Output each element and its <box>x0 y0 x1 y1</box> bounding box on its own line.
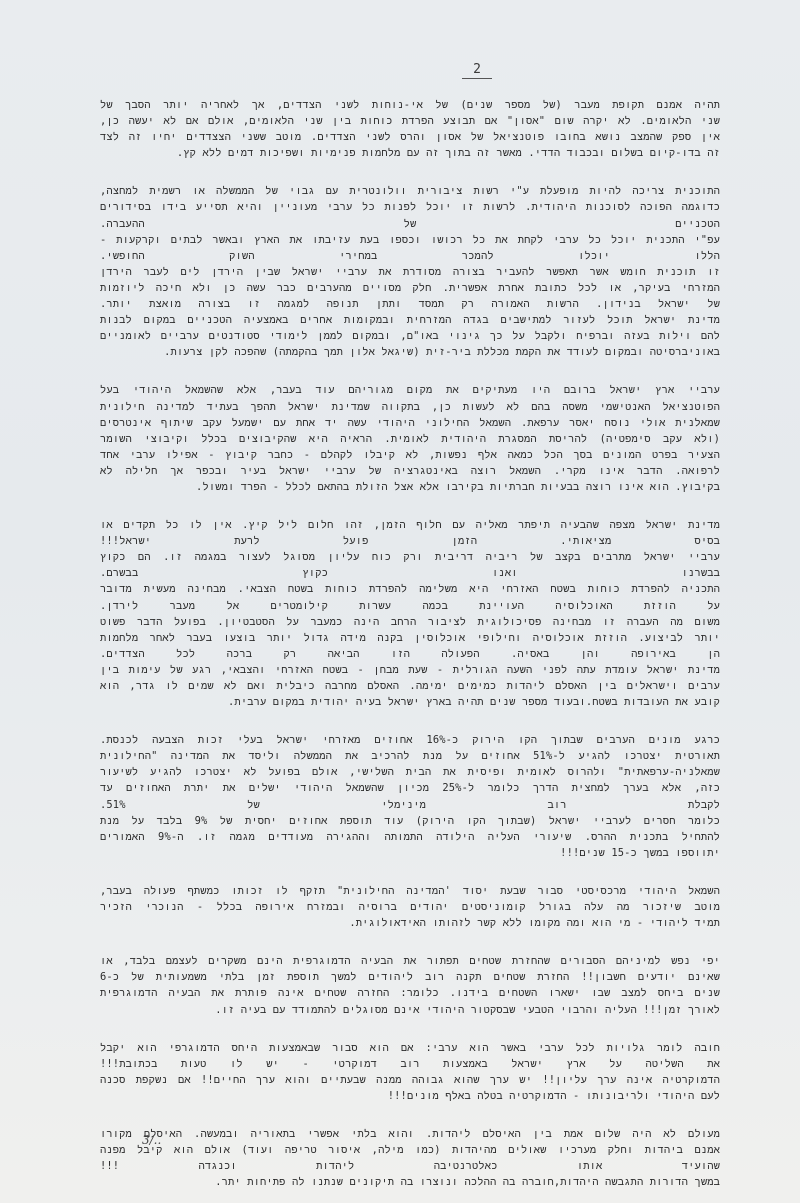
paragraph-marxist-left: השמאל היהודי מרכסיסטי סבור שבעת יסוד 'המ… <box>100 883 720 931</box>
document-body: תהיה אמנם תקופת מעבר (של מספר שנים) של א… <box>100 97 720 1190</box>
text-line: להם וילות בעזה וברפיח ולקבל על כך גינוי … <box>100 328 720 344</box>
text-line: שמאלניה-ערפאתית" ולהרוס לאומית ופיסית את… <box>100 764 720 780</box>
paragraph-territories: יפי נפש למיניהם הסבורים שהחזרת שטחים תפת… <box>100 953 720 1017</box>
text-line: יותר לביצוע. הוזזת אוכלוסיה וחילופי אוכל… <box>100 630 720 646</box>
text-line: הטכניים של ההעברה. <box>100 216 720 232</box>
text-line: מעולם לא היה שלום אמת בין האיסלם ליהדות.… <box>100 1126 720 1142</box>
paragraph-transition-period: תהיה אמנם תקופת מעבר (של מספר שנים) של א… <box>100 97 720 161</box>
page-number: 2 <box>462 62 492 79</box>
text-line: הפוטנציאל האנטישמי משסה בהם לא לעשות כן,… <box>100 399 720 415</box>
text-line: מדינת ישראל עומדת עתה לפני השעה הגורלית … <box>100 662 720 678</box>
text-line: הדמוקרטיה אינה ערך עליון!! יש ערך שהוא ג… <box>100 1072 720 1088</box>
text-line: בקיבוץ. הוא אינו רוצה בבעיות חברתיות בקי… <box>100 479 720 495</box>
text-line: שמאלנית אולי נוסח יאסר ערפאת. השמאל החיל… <box>100 415 720 431</box>
text-line: זו תוכנית חומש אשר תאפשר להעביר בצורה מס… <box>100 264 720 280</box>
text-line: באוניברסיטה ובמקום לעודד את הקמת מכללת ב… <box>100 344 720 360</box>
text-line: התוכנית צריכה להיות מופעלת ע"י רשות ציבו… <box>100 183 720 199</box>
text-line: בסיס מציאותי. הזמן פועל לרעת ישראל!!! <box>100 533 720 549</box>
text-line: לאורך זמן!!! העליה והרבוי הטבעי שבסקטור … <box>100 1002 720 1018</box>
text-line: משום מה העברה זו מבחינה פסיכולוגית לציבו… <box>100 614 720 630</box>
text-line: במשך הדורות התגבשה היהדות,חוברה בה ההלכה… <box>100 1174 720 1190</box>
text-line: תהיה אמנם תקופת מעבר (של מספר שנים) של א… <box>100 97 720 113</box>
text-line: הן באירופה והן באסיה. הפעולה הזו הביאה ר… <box>100 646 720 662</box>
paragraph-transfer-plan: התוכנית צריכה להיות מופעלת ע"י רשות ציבו… <box>100 183 720 360</box>
text-line: יפי נפש למיניהם הסבורים שהחזרת שטחים תפת… <box>100 953 720 969</box>
text-line: ערביי ארץ ישראל ברובם היו מעתיקים את מקו… <box>100 382 720 398</box>
text-line: יתווספו במשך כ-15 שנים!!! <box>100 845 720 861</box>
text-line: לעם היהודי ולריבונותו - הדמוקרטיה בטלה ב… <box>100 1088 720 1104</box>
text-line: מוטב שיזכור מה עלה בגורל קומוניסטים יהוד… <box>100 899 720 915</box>
continuation-mark: 3/.. <box>142 1133 161 1147</box>
text-line: לקבלת רוב מינימלי של 51%. <box>100 797 720 813</box>
text-line: ערבים וישראלים בין האסלם ליהדות כמימים י… <box>100 678 720 694</box>
text-line: כדוגמה הפוכה לסוכנות היהודית. לרשות זו י… <box>100 199 720 215</box>
text-line: השמאל היהודי מרכסיסטי סבור שבעת יסוד 'המ… <box>100 883 720 899</box>
text-line: על הוזזת האוכלוסיה העויינת בכמה עשרות קי… <box>100 598 720 614</box>
text-line: המזרחי בעיקר, או לכל כתובת אחרת אפשרית. … <box>100 280 720 296</box>
paragraph-islam-judaism: מעולם לא היה שלום אמת בין האיסלם ליהדות.… <box>100 1126 720 1190</box>
paragraph-democracy: חובה לומר גלויות לכל ערבי באשר הוא ערבי:… <box>100 1040 720 1104</box>
text-line: שהועיד אותו כאלטרנטיבה ליהדות וכנגדה !!! <box>100 1158 720 1174</box>
text-line: לרפואה. הדבר אינו מקרי. השמאל רוצה באינט… <box>100 463 720 479</box>
text-line: מדינת ישראל מצפה שהבעיה תיפתר מאליה עם ח… <box>100 517 720 533</box>
text-line: (ולא עקב סימפטיה) להריסת המסגרת היהודית … <box>100 431 720 447</box>
text-line: כזה, אלא בערך למחצית הדרך כלומר ל-25% מכ… <box>100 780 720 796</box>
text-line: זה בדו-קיום בשלום ובכבוד הדדי. מאשר זה ב… <box>100 145 720 161</box>
text-line: בבשרנו ואנו כקוץ בבשרם. <box>100 565 720 581</box>
text-line: שני הלאומים. לא יקרה שום "אסון" אם תבוצע… <box>100 113 720 129</box>
paragraph-demographics: כרגע מונים הערבים שבתוך הקו הירוק כ-16% … <box>100 732 720 861</box>
text-line: התכניה להפרדת כוחות בשטח האזרחי היא משלי… <box>100 581 720 597</box>
text-line: תמיד ליהודי - מי הוא ומה מקומו ללא קשר ל… <box>100 915 720 931</box>
text-line: שנים ביחס למצב שבו ישארו השטחים בידנו. כ… <box>100 985 720 1001</box>
paragraph-left-and-arabs: ערביי ארץ ישראל ברובם היו מעתיקים את מקו… <box>100 382 720 495</box>
text-line: אמנם ביהדות וחלק מערכיו שאולים מהיהדות (… <box>100 1142 720 1158</box>
text-line: את השליטה על ארץ ישראל באמצעות רוב דמוקר… <box>100 1056 720 1072</box>
text-line: כרגע מונים הערבים שבתוך הקו הירוק כ-16% … <box>100 732 720 748</box>
text-line: קובע את העובדות בשטח.ובעוד מספר שנים תהי… <box>100 694 720 710</box>
text-line: אין ספק שהמצב נושא בחובו פוטנציאל של אסו… <box>100 129 720 145</box>
text-line: ערביי ישראל מתרבים בקצב של ריביה דריבית … <box>100 549 720 565</box>
text-line: להתחיל בתכנית ההרס. שיעורי העליה הילודה … <box>100 829 720 845</box>
text-line: עפ"י התכנית יוכל כל ערבי לקחת את כל רכוש… <box>100 232 720 248</box>
text-line: חובה לומר גלויות לכל ערבי באשר הוא ערבי:… <box>100 1040 720 1056</box>
text-line: הללו יוכלו להמכר במחירי השוק החופשי. <box>100 248 720 264</box>
text-line: הצעיר בפרט המונים בסך הכל כמאה אלף נפשות… <box>100 447 720 463</box>
text-line: מדינת ישראל תוכל לעזור למתישבים בגדה המז… <box>100 312 720 328</box>
paragraph-time-against-israel: מדינת ישראל מצפה שהבעיה תיפתר מאליה עם ח… <box>100 517 720 710</box>
text-line: של ישראל בנידון. הרשות האמורה רק תמסד ות… <box>100 296 720 312</box>
text-line: כלומר חסרים לערביי ישראל (שבתוך הקו הירו… <box>100 813 720 829</box>
text-line: תאורטית יצטרכו להגיע ל-51% אחוזים על מנת… <box>100 748 720 764</box>
text-line: שאינם יודעים חשבון!! החזרת שטחים תקנה רו… <box>100 969 720 985</box>
